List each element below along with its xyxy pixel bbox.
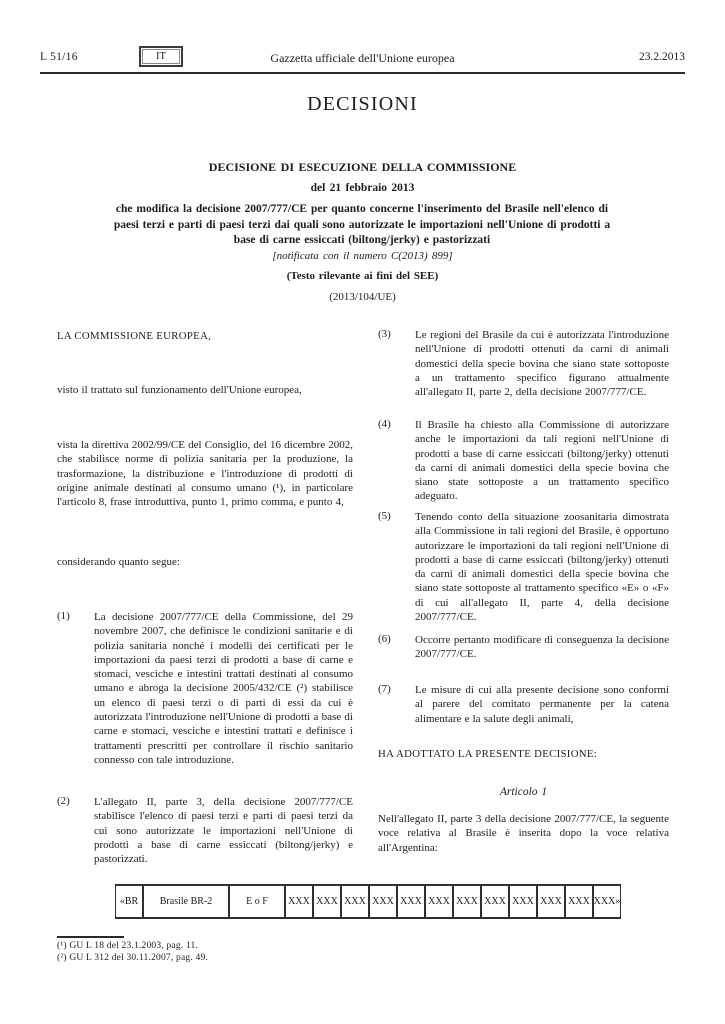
recital-7: (7) Le misure di cui alla presente decis… [378, 683, 669, 726]
footnote-2: (²) GU L 312 del 30.11.2007, pag. 49. [57, 953, 208, 963]
journal-page: L 51/16 IT Gazzetta ufficiale dell'Union… [0, 0, 725, 1024]
table-cell-territory: Brasile BR-2 [143, 885, 229, 918]
recital-3-number: (3) [378, 328, 391, 340]
recital-1-text: La decisione 2007/777/CE della Commissio… [94, 610, 353, 767]
recital-2-number: (2) [57, 795, 70, 807]
table-cell: XXX» [593, 885, 621, 918]
directive-clause: vista la direttiva 2002/99/CE del Consig… [57, 438, 353, 509]
table-cell: XXX [509, 885, 537, 918]
recital-1: (1) La decisione 2007/777/CE della Commi… [57, 610, 353, 767]
decision-number: (2013/104/UE) [40, 291, 685, 303]
article-1-title: Articolo 1 [378, 786, 669, 798]
recital-4: (4) Il Brasile ha chiesto alla Commissio… [378, 418, 669, 504]
recital-2-text: L'allegato II, parte 3, della decisione … [94, 795, 353, 866]
recital-5: (5) Tenendo conto della situazione zoosa… [378, 510, 669, 624]
decision-subject: che modifica la decisione 2007/777/CE pe… [102, 202, 622, 249]
preamble-opening: LA COMMISSIONE EUROPEA, [57, 330, 211, 342]
journal-title: Gazzetta ufficiale dell'Unione europea [0, 51, 725, 66]
section-title: DECISIONI [0, 93, 725, 116]
table-cell: XXX [285, 885, 313, 918]
recital-1-number: (1) [57, 610, 70, 622]
table-cell: XXX [453, 885, 481, 918]
recital-2: (2) L'allegato II, parte 3, della decisi… [57, 795, 353, 866]
recital-6-number: (6) [378, 633, 391, 645]
recital-5-number: (5) [378, 510, 391, 522]
recital-6-text: Occorre pertanto modificare di conseguen… [415, 633, 669, 662]
eea-relevance-note: (Testo rilevante ai fini del SEE) [40, 270, 685, 282]
recital-3: (3) Le regioni del Brasile da cui è auto… [378, 328, 669, 399]
recital-7-text: Le misure di cui alla presente decisione… [415, 683, 669, 726]
table-cell-country-code: «BR [115, 885, 143, 918]
header-rule [40, 72, 685, 74]
recital-4-number: (4) [378, 418, 391, 430]
recital-3-text: Le regioni del Brasile da cui è autorizz… [415, 328, 669, 399]
table-cell: XXX [369, 885, 397, 918]
treaty-clause: visto il trattato sul funzionamento dell… [57, 383, 302, 397]
recital-4-text: Il Brasile ha chiesto alla Commissione d… [415, 418, 669, 504]
table-cell-treatment: E o F [229, 885, 285, 918]
recital-6: (6) Occorre pertanto modificare di conse… [378, 633, 669, 662]
enacting-formula: HA ADOTTATO LA PRESENTE DECISIONE: [378, 748, 597, 760]
decision-date-line: del 21 febbraio 2013 [40, 182, 685, 194]
table-cell: XXX [397, 885, 425, 918]
footnote-rule [57, 936, 124, 938]
brazil-entry-table: «BR Brasile BR-2 E o F XXX XXX XXX XXX X… [115, 884, 621, 919]
table-cell: XXX [313, 885, 341, 918]
publication-date: 23.2.2013 [639, 51, 685, 63]
article-1-text: Nell'allegato II, parte 3 della decision… [378, 812, 669, 855]
footnote-1: (¹) GU L 18 del 23.1.2003, pag. 11. [57, 941, 198, 951]
table-cell: XXX [481, 885, 509, 918]
table-cell: XXX [341, 885, 369, 918]
recital-5-text: Tenendo conto della situazione zoosanita… [415, 510, 669, 624]
notification-line: [notificata con il numero C(2013) 899] [40, 250, 685, 262]
table-cell: XXX [425, 885, 453, 918]
recital-7-number: (7) [378, 683, 391, 695]
decision-title: DECISIONE DI ESECUZIONE DELLA COMMISSION… [40, 160, 685, 175]
table-cell: XXX [565, 885, 593, 918]
table-cell: XXX [537, 885, 565, 918]
considering-line: considerando quanto segue: [57, 555, 180, 569]
